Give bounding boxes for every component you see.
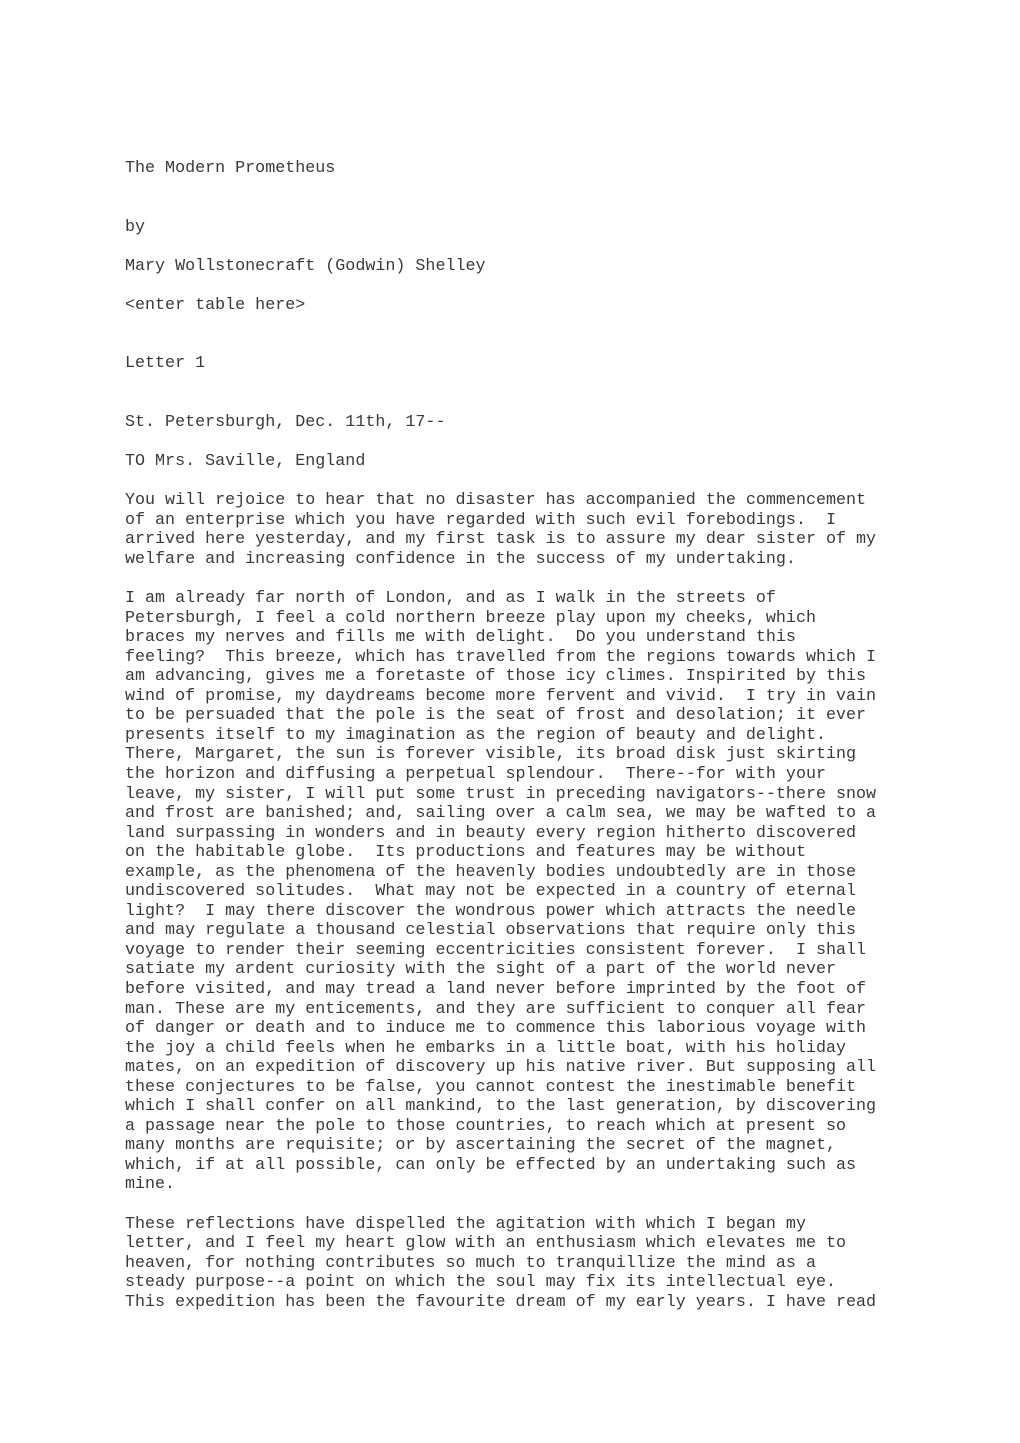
document-page[interactable]: The Modern Prometheus by Mary Wollstonec… [0,0,1020,1443]
dateline: St. Petersburgh, Dec. 11th, 17-- [125,413,980,433]
document-title: The Modern Prometheus [125,159,980,179]
paragraph-2: I am already far north of London, and as… [125,589,980,1195]
salutation: TO Mrs. Saville, England [125,452,980,472]
table-placeholder: <enter table here> [125,296,980,316]
letter-heading: Letter 1 [125,354,980,374]
author: Mary Wollstonecraft (Godwin) Shelley [125,257,980,277]
paragraph-3: These reflections have dispelled the agi… [125,1215,980,1313]
paragraph-1: You will rejoice to hear that no disaste… [125,491,980,569]
byline: by [125,218,980,238]
